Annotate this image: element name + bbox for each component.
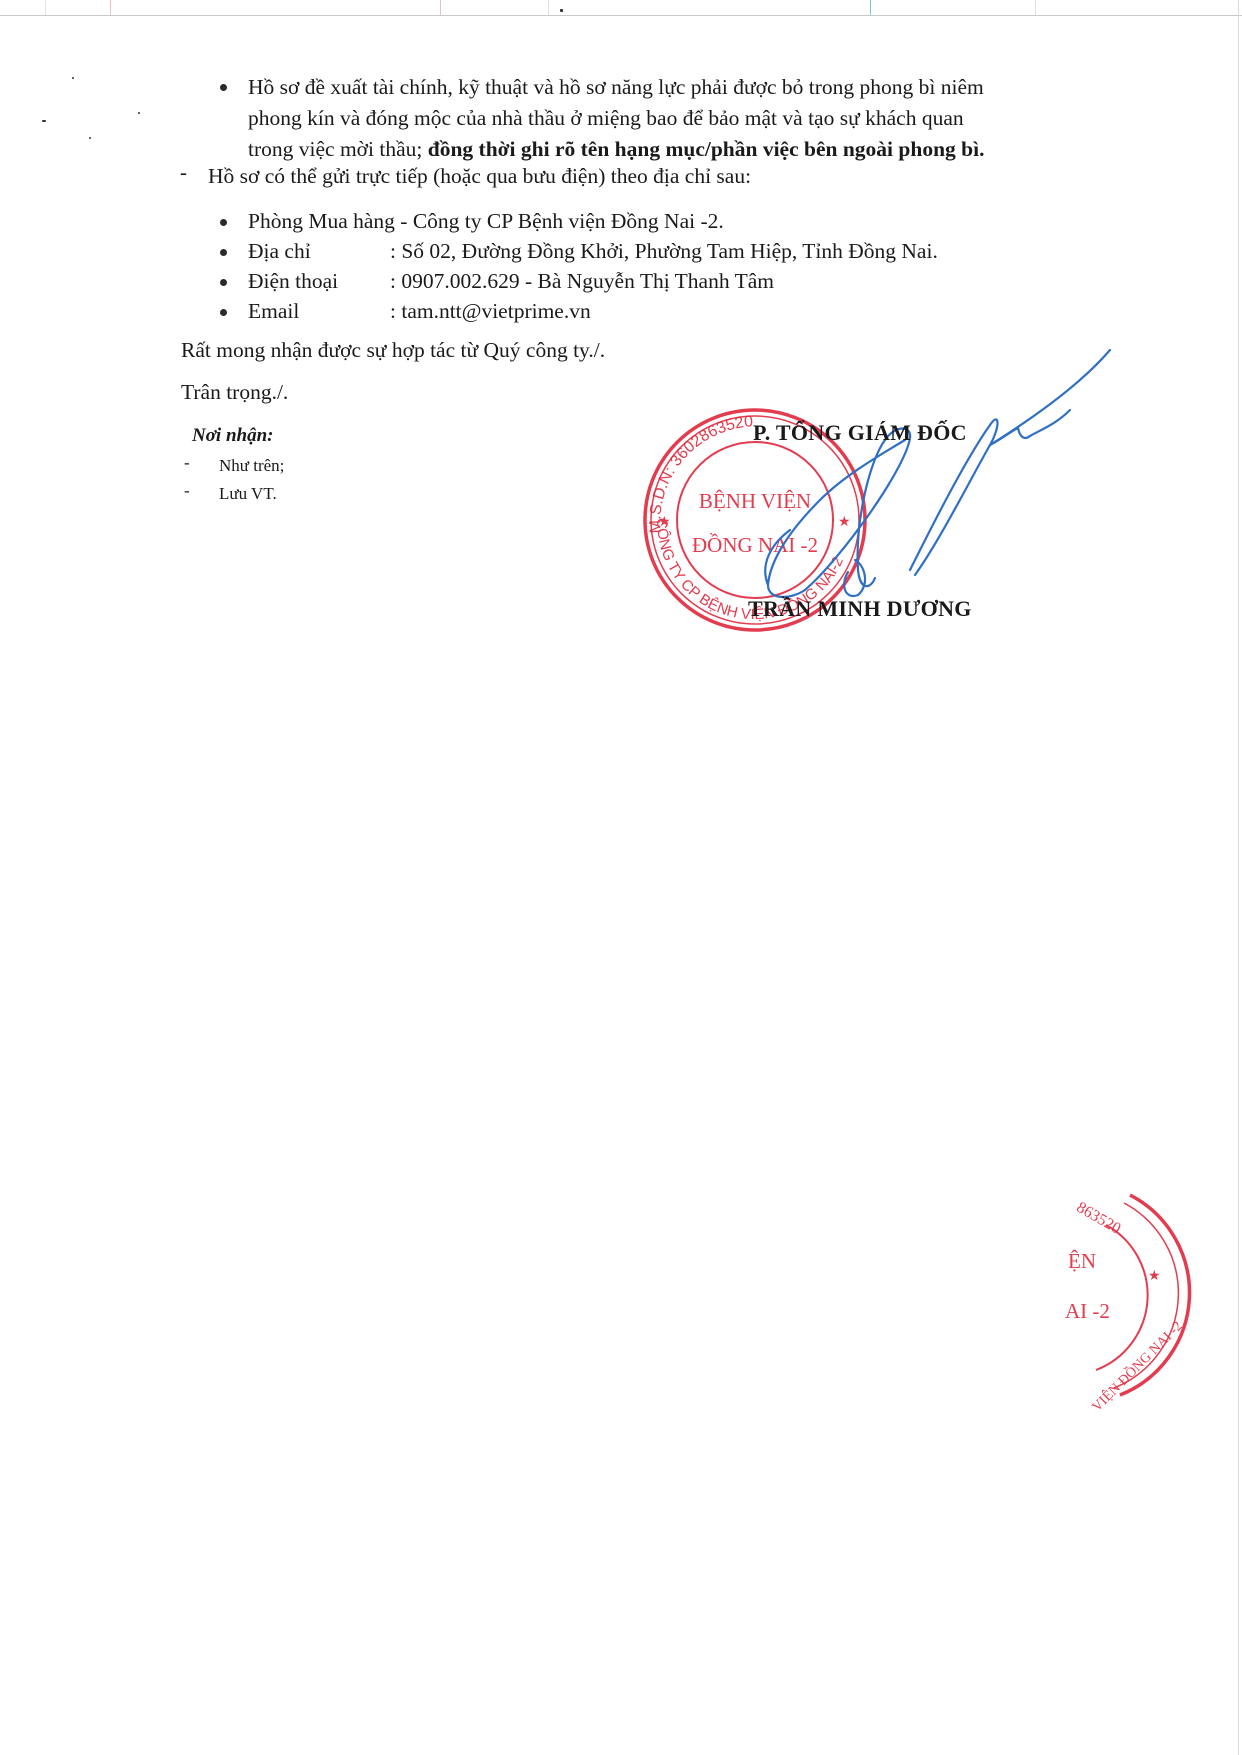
scan-speck <box>42 120 46 122</box>
bullet-icon <box>220 84 227 91</box>
svg-text:★: ★ <box>1148 1269 1161 1284</box>
scan-edge-line <box>0 15 1242 16</box>
scan-tick <box>870 0 871 15</box>
submission-intro: Hồ sơ có thể gửi trực tiếp (hoặc qua bưu… <box>208 161 751 191</box>
svg-text:VIỆN ĐỒNG NAI -2: VIỆN ĐỒNG NAI -2 <box>1087 1317 1185 1415</box>
address-row: Địa chỉ: Số 02, Đường Đồng Khởi, Phường … <box>248 236 938 266</box>
scan-tick <box>548 0 549 15</box>
department: Phòng Mua hàng - Công ty CP Bệnh viện Đồ… <box>248 206 724 236</box>
scan-speck <box>72 77 74 79</box>
scan-speck <box>560 9 563 12</box>
regards-text: Trân trọng./. <box>181 377 288 407</box>
scan-tick <box>1035 0 1036 15</box>
scan-speck <box>138 112 140 114</box>
paragraph-emphasis: đồng thời ghi rõ tên hạng mục/phần việc … <box>428 137 985 161</box>
svg-text:BỆNH VIỆN: BỆNH VIỆN <box>699 489 811 513</box>
bullet-icon <box>220 279 227 286</box>
dash-marker: - <box>184 481 190 501</box>
handwritten-signature <box>765 350 1110 597</box>
email-row: Email: tam.ntt@vietprime.vn <box>248 296 591 326</box>
paragraph-line: phong kín và đóng mộc của nhà thầu ở miệ… <box>248 103 964 133</box>
signatory-position: P. TỔNG GIÁM ĐỐC <box>753 420 967 446</box>
paragraph-line: Hồ sơ đề xuất tài chính, kỹ thuật và hồ … <box>248 72 984 102</box>
paragraph-line: trong việc mời thầu; đồng thời ghi rõ tê… <box>248 134 984 164</box>
dash-marker: - <box>180 160 187 185</box>
closing-text: Rất mong nhận được sự hợp tác từ Quý côn… <box>181 335 605 365</box>
scan-speck <box>89 137 91 139</box>
svg-text:863520: 863520 <box>1074 1199 1124 1238</box>
email-value[interactable]: : tam.ntt@vietprime.vn <box>390 299 591 323</box>
email-label: Email <box>248 296 390 326</box>
recipient-item: Lưu VT. <box>219 479 277 509</box>
scan-tick <box>45 0 46 15</box>
bullet-icon <box>220 219 227 226</box>
svg-text:ỆN: ỆN <box>1068 1249 1096 1273</box>
dash-marker: - <box>184 453 190 473</box>
address-value: : Số 02, Đường Đồng Khởi, Phường Tam Hiệ… <box>390 239 938 263</box>
scan-edge-line <box>1238 0 1239 1755</box>
svg-text:M.S.D.N: 3602863520: M.S.D.N: 3602863520 <box>647 413 754 533</box>
svg-text:★: ★ <box>838 515 851 530</box>
bullet-icon <box>220 249 227 256</box>
recipients-title: Nơi nhận: <box>192 421 273 451</box>
svg-text:★: ★ <box>658 515 671 530</box>
svg-text:AI -2: AI -2 <box>1065 1299 1110 1323</box>
svg-text:ĐỒNG NAI -2: ĐỒNG NAI -2 <box>692 533 818 557</box>
phone-row: Điện thoại: 0907.002.629 - Bà Nguyễn Thị… <box>248 266 774 296</box>
address-label: Địa chỉ <box>248 236 390 266</box>
bullet-icon <box>220 309 227 316</box>
scan-tick <box>440 0 441 15</box>
signatory-name: TRẦN MINH DƯƠNG <box>748 596 972 622</box>
recipient-item: Như trên; <box>219 451 284 481</box>
phone-label: Điện thoại <box>248 266 390 296</box>
phone-value: : 0907.002.629 - Bà Nguyễn Thị Thanh Tâm <box>390 269 774 293</box>
scan-tick <box>110 0 111 15</box>
paragraph-text: trong việc mời thầu; <box>248 137 428 161</box>
